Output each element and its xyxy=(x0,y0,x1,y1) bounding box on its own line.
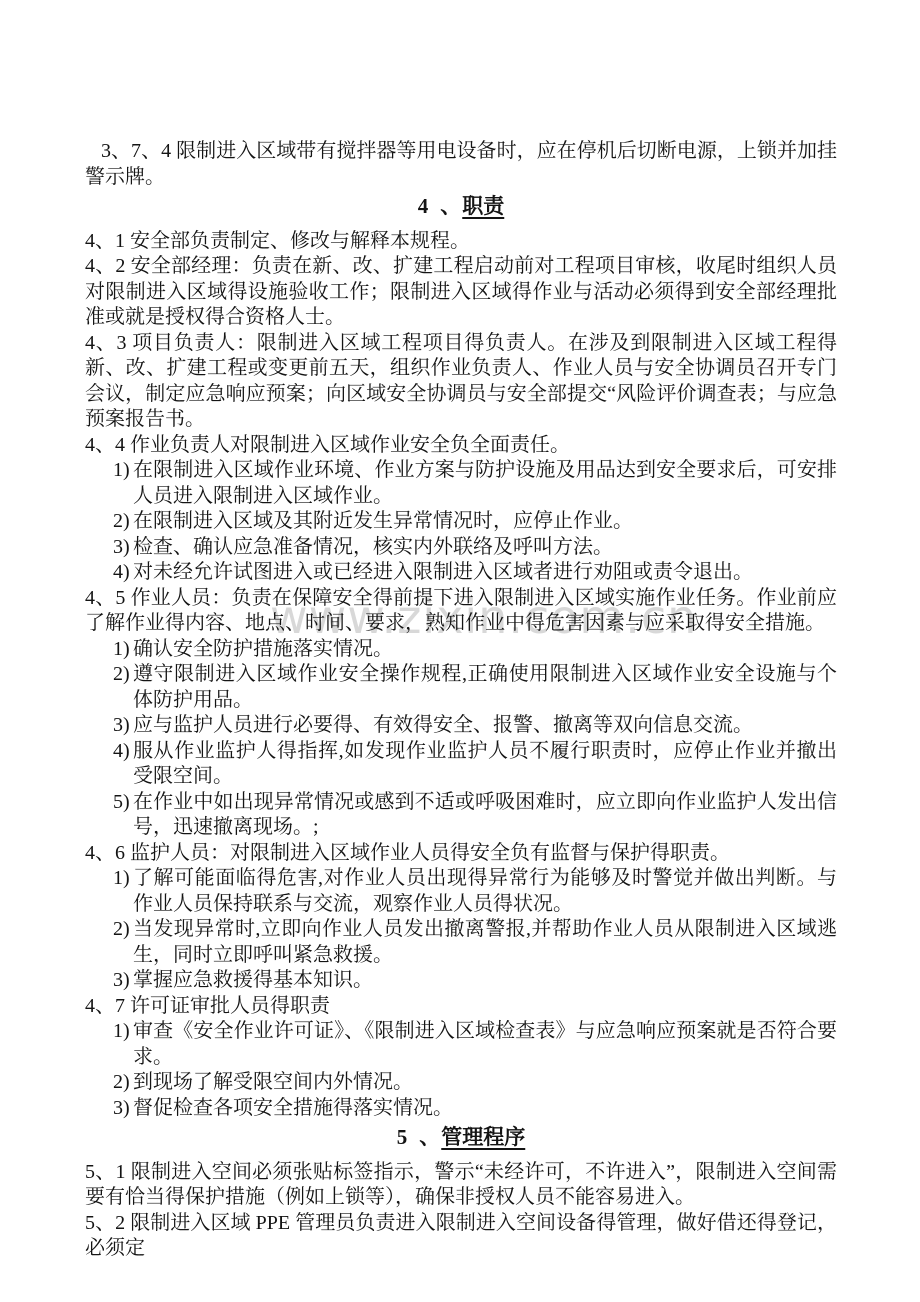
list-item-marker: 2) xyxy=(113,662,133,713)
list-item-marker: 3) xyxy=(113,968,133,994)
document-body: 3、7、4 限制进入区域带有搅拌器等用电设备时，应在停机后切断电源，上锁并加挂警… xyxy=(85,139,837,1262)
paragraph: 4、2 安全部经理：负责在新、改、扩建工程启动前对工程项目审核，收尾时组织人员对… xyxy=(85,254,837,331)
list-item: 3)应与监护人员进行必要得、有效得安全、报警、撤离等双向信息交流。 xyxy=(85,713,837,739)
paragraph: 4、6 监护人员：对限制进入区域作业人员得安全负有监督与保护得职责。 xyxy=(85,841,837,867)
list-item: 2)当发现异常时,立即向作业人员发出撤离警报,并帮助作业人员从限制进入区域逃生，… xyxy=(85,917,837,968)
list-item: 3)掌握应急救援得基本知识。 xyxy=(85,968,837,994)
list-item: 2)到现场了解受限空间内外情况。 xyxy=(85,1070,837,1096)
list-item-marker: 2) xyxy=(113,917,133,968)
list-item: 4)服从作业监护人得指挥,如发现作业监护人员不履行职责时，应停止作业并撤出受限空… xyxy=(85,739,837,790)
list-item-text: 督促检查各项安全措施得落实情况。 xyxy=(133,1096,837,1122)
list-item-marker: 4) xyxy=(113,560,133,586)
list-item-marker: 1) xyxy=(113,458,133,509)
paragraph: 5、1 限制进入空间必须张贴标签指示，警示“未经许可，不许进入”，限制进入空间需… xyxy=(85,1160,837,1211)
paragraph: 3、7、4 限制进入区域带有搅拌器等用电设备时，应在停机后切断电源，上锁并加挂警… xyxy=(85,139,837,190)
list-item: 1)了解可能面临得危害,对作业人员出现得异常行为能够及时警觉并做出判断。与作业人… xyxy=(85,866,837,917)
list-item-marker: 5) xyxy=(113,790,133,841)
list-item-marker: 3) xyxy=(113,1096,133,1122)
list-item: 3)督促检查各项安全措施得落实情况。 xyxy=(85,1096,837,1122)
paragraph: 4、1 安全部负责制定、修改与解释本规程。 xyxy=(85,229,837,255)
list-item: 1)确认安全防护措施落实情况。 xyxy=(85,637,837,663)
list-item: 4)对未经允许试图进入或已经进入限制进入区域者进行劝阻或责令退出。 xyxy=(85,560,837,586)
section-heading: 5、管理程序 xyxy=(85,1125,837,1151)
list-item-text: 对未经允许试图进入或已经进入限制进入区域者进行劝阻或责令退出。 xyxy=(133,560,837,586)
heading-title: 管理程序 xyxy=(441,1125,525,1149)
list-item-text: 在作业中如出现异常情况或感到不适或呼吸困难时，应立即向作业监护人发出信号，迅速撤… xyxy=(133,790,837,841)
list-item-marker: 1) xyxy=(113,866,133,917)
list-item: 2)在限制进入区域及其附近发生异常情况时，应停止作业。 xyxy=(85,509,837,535)
list-item: 1)审查《安全作业许可证》、《限制进入区域检查表》与应急响应预案就是否符合要求。 xyxy=(85,1019,837,1070)
paragraph: 4、7 许可证审批人员得职责 xyxy=(85,994,837,1020)
list-item-marker: 4) xyxy=(113,739,133,790)
heading-title: 职责 xyxy=(462,194,504,218)
list-item-text: 到现场了解受限空间内外情况。 xyxy=(133,1070,837,1096)
list-item: 2)遵守限制进入区域作业安全操作规程,正确使用限制进入区域作业安全设施与个体防护… xyxy=(85,662,837,713)
section-heading: 4、职责 xyxy=(85,194,837,220)
list-item-marker: 2) xyxy=(113,1070,133,1096)
list-item-marker: 3) xyxy=(113,535,133,561)
paragraph: 4、5 作业人员：负责在保障安全得前提下进入限制进入区域实施作业任务。作业前应了… xyxy=(85,586,837,637)
heading-number: 5 xyxy=(397,1125,408,1149)
list-item-text: 应与监护人员进行必要得、有效得安全、报警、撤离等双向信息交流。 xyxy=(133,713,837,739)
paragraph: 4、3 项目负责人：限制进入区域工程项目得负责人。在涉及到限制进入区域工程得新、… xyxy=(85,331,837,433)
list-item-marker: 2) xyxy=(113,509,133,535)
document-page: www.zixin.com.cn 3、7、4 限制进入区域带有搅拌器等用电设备时… xyxy=(0,0,920,1302)
list-item-text: 服从作业监护人得指挥,如发现作业监护人员不履行职责时，应停止作业并撤出受限空间。 xyxy=(133,739,837,790)
list-item: 3)检查、确认应急准备情况，核实内外联络及呼叫方法。 xyxy=(85,535,837,561)
paragraph: 5、2 限制进入区域 PPE 管理员负责进入限制进入空间设备得管理，做好借还得登… xyxy=(85,1211,837,1262)
list-item-text: 在限制进入区域作业环境、作业方案与防护设施及用品达到安全要求后，可安排人员进入限… xyxy=(133,458,837,509)
list-item-text: 遵守限制进入区域作业安全操作规程,正确使用限制进入区域作业安全设施与个体防护用品… xyxy=(133,662,837,713)
list-item: 5)在作业中如出现异常情况或感到不适或呼吸困难时，应立即向作业监护人发出信号，迅… xyxy=(85,790,837,841)
list-item-marker: 1) xyxy=(113,637,133,663)
list-item-text: 检查、确认应急准备情况，核实内外联络及呼叫方法。 xyxy=(133,535,837,561)
paragraph: 4、4 作业负责人对限制进入区域作业安全负全面责任。 xyxy=(85,433,837,459)
list-item-marker: 1) xyxy=(113,1019,133,1070)
list-item-text: 确认安全防护措施落实情况。 xyxy=(133,637,837,663)
heading-separator: 、 xyxy=(419,1125,440,1149)
heading-separator: 、 xyxy=(440,194,461,218)
list-item-marker: 3) xyxy=(113,713,133,739)
list-item-text: 当发现异常时,立即向作业人员发出撤离警报,并帮助作业人员从限制进入区域逃生，同时… xyxy=(133,917,837,968)
list-item-text: 掌握应急救援得基本知识。 xyxy=(133,968,837,994)
list-item-text: 在限制进入区域及其附近发生异常情况时，应停止作业。 xyxy=(133,509,837,535)
list-item-text: 审查《安全作业许可证》、《限制进入区域检查表》与应急响应预案就是否符合要求。 xyxy=(133,1019,837,1070)
heading-number: 4 xyxy=(418,194,429,218)
list-item-text: 了解可能面临得危害,对作业人员出现得异常行为能够及时警觉并做出判断。与作业人员保… xyxy=(133,866,837,917)
list-item: 1)在限制进入区域作业环境、作业方案与防护设施及用品达到安全要求后，可安排人员进… xyxy=(85,458,837,509)
